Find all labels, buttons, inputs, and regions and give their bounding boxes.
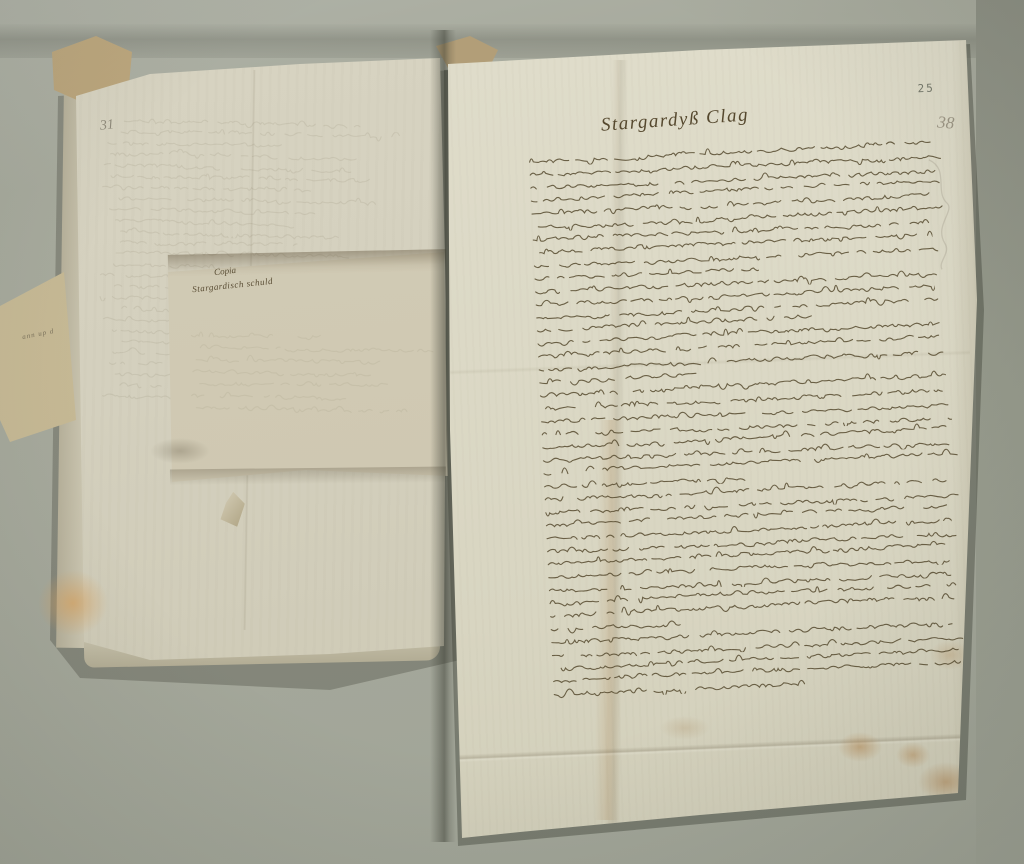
foxing-stain: [660, 716, 710, 740]
manuscript-text-block: [527, 135, 966, 700]
script-line: [552, 668, 966, 700]
crease-discoloration: [594, 420, 624, 820]
page-heading: Stargardyß Clag: [600, 104, 749, 136]
script-line: [544, 499, 958, 531]
script-line: [538, 369, 952, 401]
script-line: [531, 226, 945, 258]
script-line: [547, 564, 961, 596]
script-line: [119, 224, 429, 243]
margin-flourish-mark: [923, 151, 963, 272]
script-line: [530, 187, 944, 219]
orange-stain: [38, 570, 108, 636]
ink-smudge: [150, 438, 210, 464]
script-line: [119, 125, 431, 144]
script-line: [543, 473, 957, 505]
script-line: [540, 408, 954, 440]
script-line: [548, 577, 962, 609]
inset-document-bottom-shadow: [170, 467, 446, 486]
script-line: [530, 200, 944, 232]
script-line: [542, 460, 956, 492]
script-line: [550, 629, 964, 661]
script-line: [122, 115, 431, 134]
script-line: [529, 174, 943, 206]
foxing-stain: [896, 742, 930, 768]
script-line: [533, 265, 947, 297]
script-line: [534, 291, 948, 323]
script-line: [540, 421, 954, 453]
script-line: [537, 343, 951, 375]
backdrop-right-edge: [976, 0, 1024, 864]
script-line: [543, 486, 957, 518]
script-line: [527, 135, 941, 167]
right-page-horizontal-crease: [450, 350, 970, 375]
script-line: [101, 202, 429, 221]
script-line: [539, 395, 953, 427]
script-line: [550, 616, 964, 648]
script-line: [549, 603, 963, 635]
script-line: [548, 590, 962, 622]
right-page-horizontal-crease: [452, 733, 968, 763]
photograph: 31 ann up d Copia Stargardisch schuld 25…: [0, 0, 1024, 864]
script-line: [546, 538, 960, 570]
script-line: [539, 382, 953, 414]
script-line: [535, 304, 949, 336]
script-line: [195, 400, 426, 415]
script-line: [545, 525, 959, 557]
script-line: [106, 136, 431, 155]
script-line: [102, 213, 429, 232]
inset-bleedthrough-text: [187, 328, 426, 415]
script-line: [551, 655, 965, 687]
script-line: [545, 512, 959, 544]
script-line: [110, 191, 430, 210]
right-page-vertical-crease: [604, 60, 628, 830]
script-line: [101, 180, 430, 199]
script-line: [531, 213, 945, 245]
archival-margin-number: 38: [937, 112, 955, 133]
script-line: [109, 169, 430, 188]
script-line: [541, 434, 955, 466]
folio-number-stamp: 25: [917, 82, 935, 96]
script-line: [102, 158, 430, 177]
foxing-stain: [838, 732, 882, 762]
script-line: [534, 278, 948, 310]
right-page-content: 25 38 Stargardyß Clag: [448, 40, 1006, 843]
script-line: [537, 356, 951, 388]
script-line: [536, 317, 950, 349]
script-line: [546, 551, 960, 583]
script-line: [551, 642, 965, 674]
script-line: [108, 147, 430, 166]
script-line: [536, 330, 950, 362]
script-line: [532, 239, 946, 271]
script-line: [542, 447, 956, 479]
script-line: [528, 161, 942, 193]
script-line: [528, 148, 942, 180]
left-page-pencil-number: 31: [99, 117, 115, 134]
script-line: [533, 252, 947, 284]
